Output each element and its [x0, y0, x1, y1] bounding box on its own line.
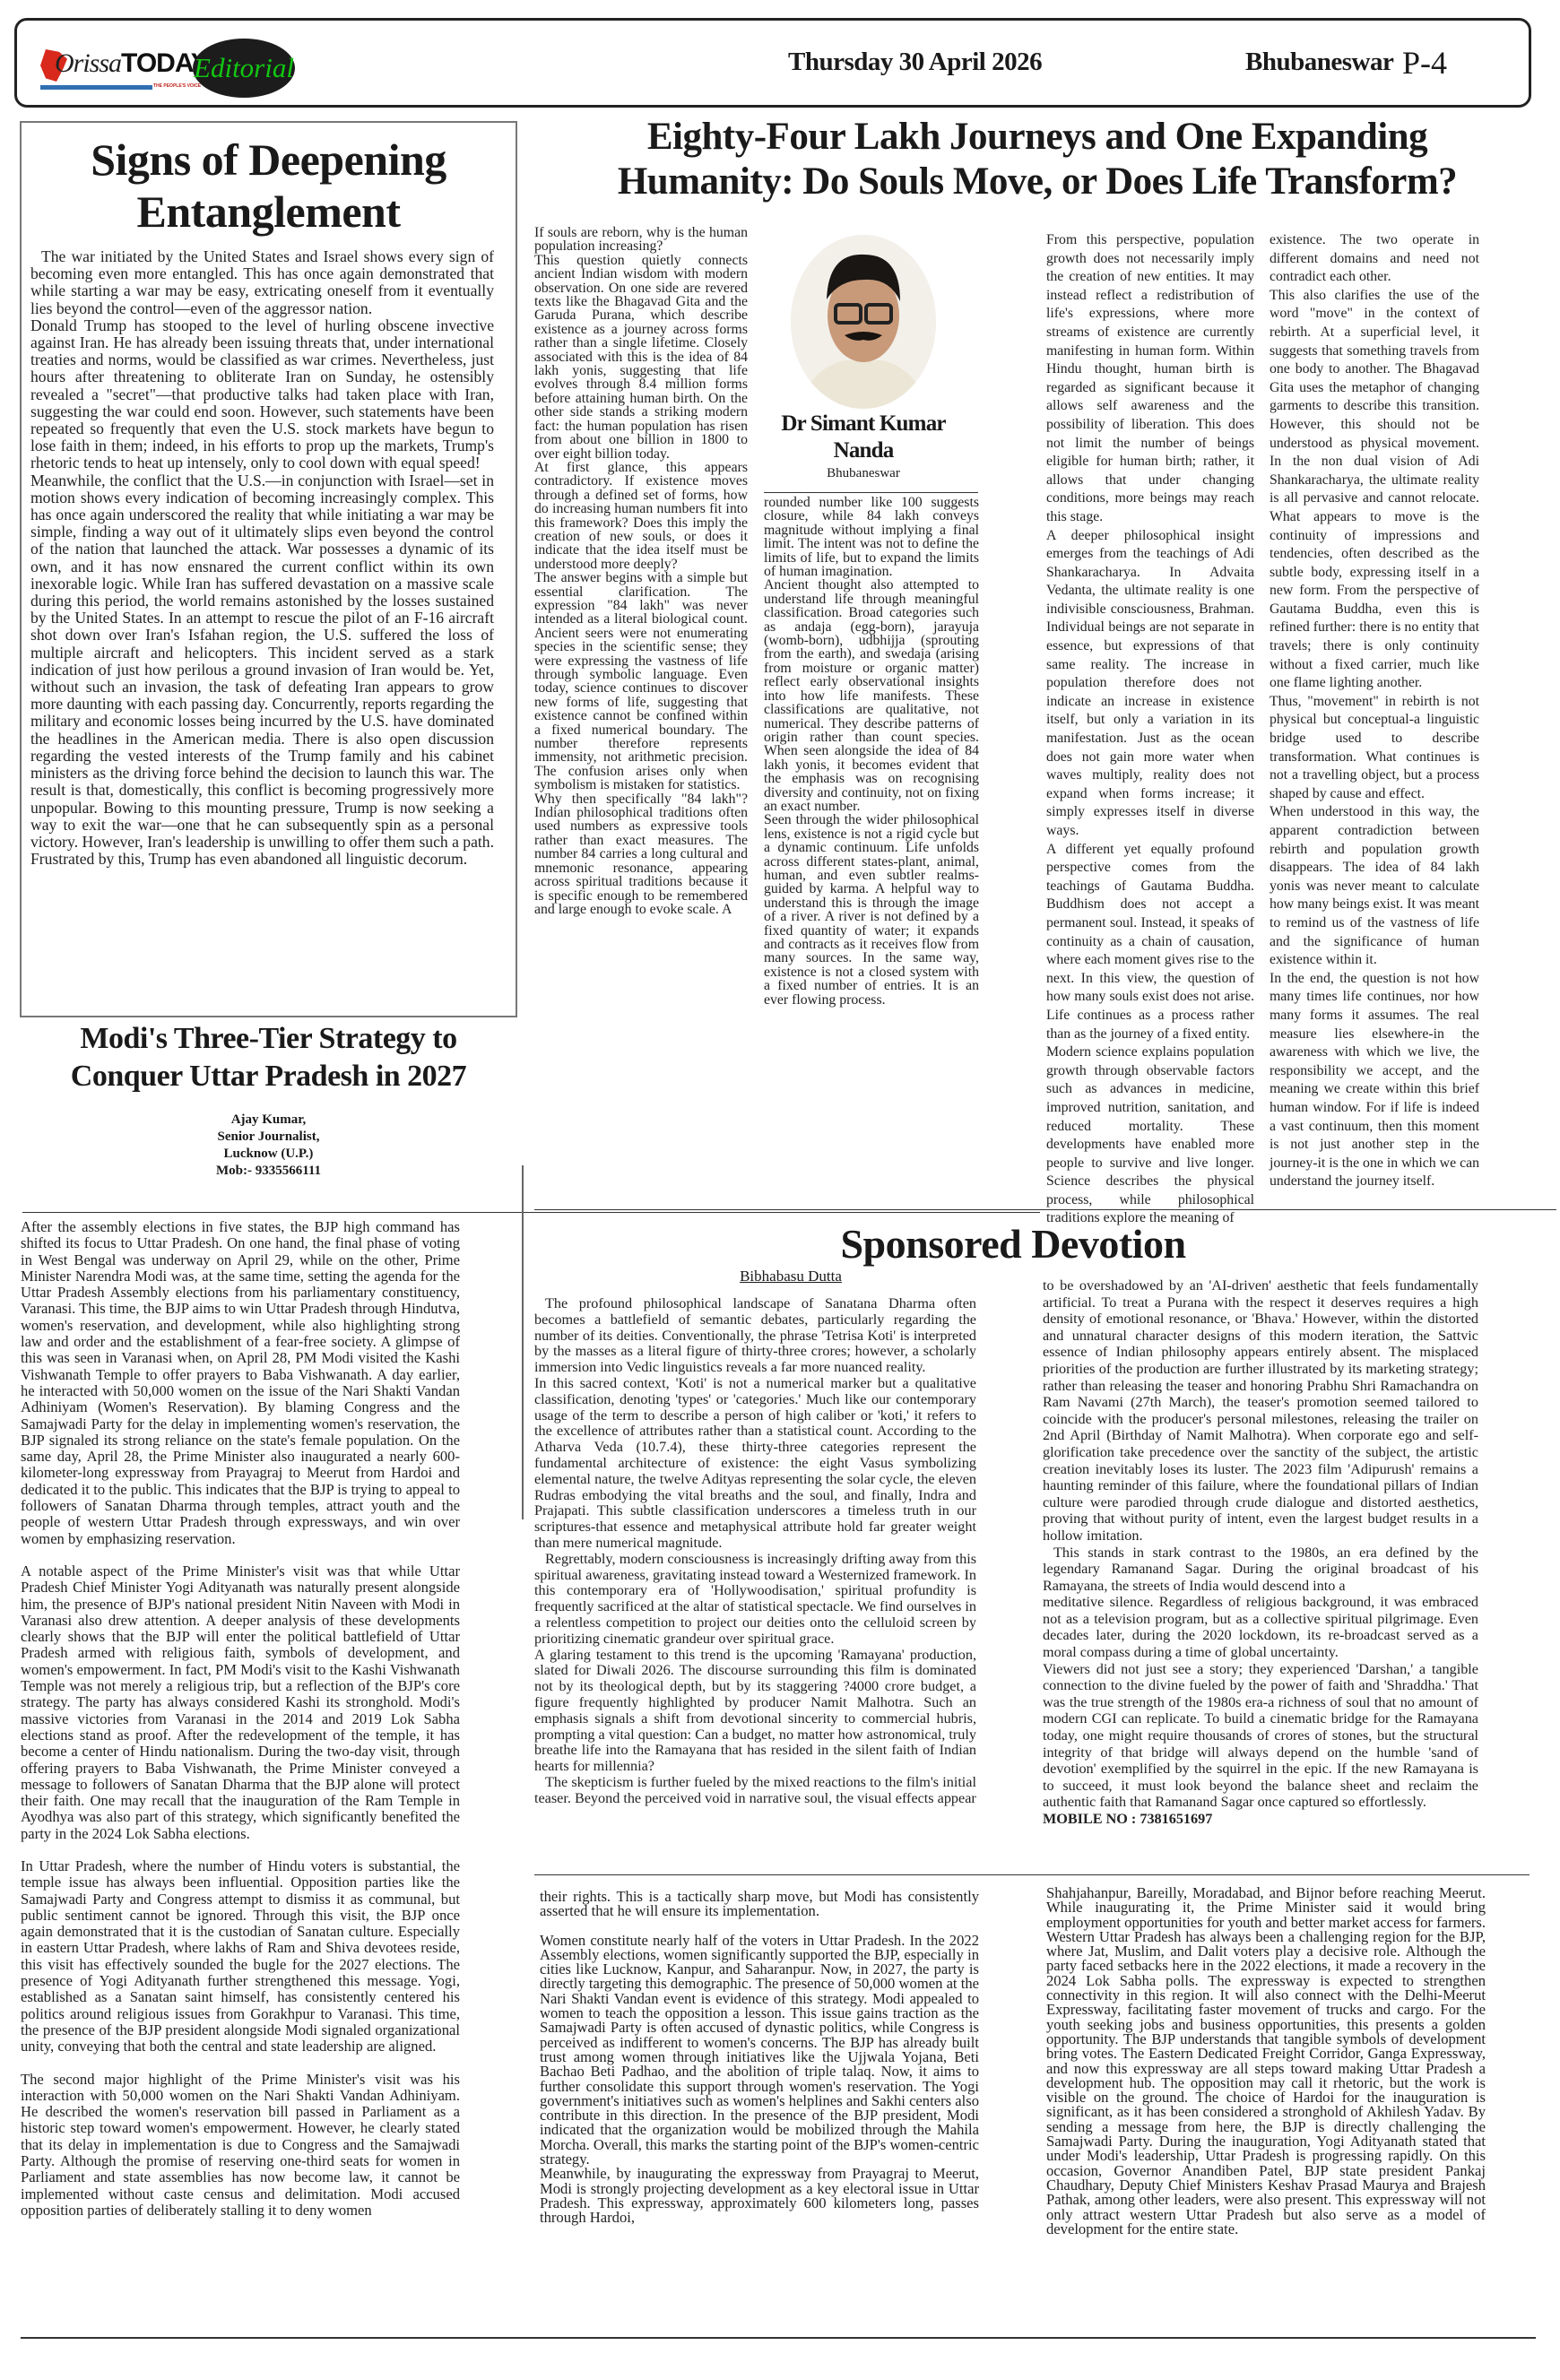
paragraph: In Uttar Pradesh, where the number of Hi… [21, 1858, 460, 2055]
divider [534, 1209, 1556, 1210]
paragraph: to be overshadowed by an 'AI-driven' aes… [1043, 1277, 1478, 1545]
article-body-col1: The profound philosophical landscape of … [534, 1296, 976, 1807]
paragraph: Modern science explains population growt… [1046, 1043, 1254, 1228]
paragraph: At first glance, this appears contradict… [534, 461, 748, 571]
paragraph: In the end, the question is not how many… [1270, 970, 1479, 1191]
paragraph: A deeper philosophical insight emerges f… [1046, 527, 1254, 841]
logo-wordmark: OrissaTODAY [55, 48, 208, 80]
author-role: Senior Journalist, [20, 1129, 517, 1146]
title-line-2: Conquer Uttar Pradesh in 2027 [20, 1058, 517, 1095]
edition-city: Bhubaneswar [1245, 48, 1393, 77]
article-title: Sponsored Devotion [798, 1219, 1228, 1269]
article-body-col2: to be overshadowed by an 'AI-driven' aes… [1043, 1277, 1478, 1828]
paragraph: The answer begins with a simple but esse… [534, 571, 748, 792]
section-badge: Editorial [193, 39, 295, 98]
byline: Ajay Kumar, Senior Journalist, Lucknow (… [20, 1112, 517, 1180]
paragraph: A notable aspect of the Prime Minister's… [21, 1563, 460, 1842]
divider [764, 492, 978, 493]
orissa-today-logo[interactable]: OrissaTODAY THE PEOPLE'S VOICE [40, 46, 175, 91]
section-badge-label: Editorial [194, 52, 294, 84]
article-signs-of-deepening-entanglement: Signs of Deepening Entanglement The war … [20, 121, 517, 1017]
article-body-col3: From this perspective, population growth… [1046, 231, 1254, 1228]
page-number: P-4 [1402, 44, 1447, 82]
paragraph: meditative silence. Regardless of religi… [1043, 1594, 1478, 1660]
paragraph: The profound philosophical landscape of … [534, 1296, 976, 1376]
paragraph: Viewers did not just see a story; they e… [1043, 1661, 1478, 1811]
divider [534, 1874, 1530, 1875]
divider [22, 1212, 1040, 1213]
bottom-rule [21, 2337, 1536, 2339]
logo-word-orissa: Orissa [55, 48, 121, 78]
paragraph: Ancient thought also attempted to unders… [764, 578, 979, 813]
paragraph: Donald Trump has stooped to the level of… [30, 317, 494, 472]
paragraph: Shahjahanpur, Bareilly, Moradabad, and B… [1046, 1886, 1486, 2237]
paragraph: Women constitute nearly half of the vote… [540, 1934, 979, 2168]
masthead: OrissaTODAY THE PEOPLE'S VOICE Editorial… [14, 18, 1531, 108]
paragraph: The war initiated by the United States a… [30, 248, 494, 317]
author-name: Ajay Kumar, [20, 1112, 517, 1129]
article-body-col4: existence. The two operate in different … [1270, 231, 1479, 1191]
paragraph: Meanwhile, the conflict that the U.S.—in… [30, 472, 494, 869]
paragraph: From this perspective, population growth… [1046, 231, 1254, 527]
author-mobile: Mob:- 9335566111 [20, 1163, 517, 1180]
paragraph: rounded number like 100 suggests closure… [764, 496, 979, 578]
article-title: Signs of Deepening Entanglement [22, 134, 516, 238]
author-byline[interactable]: Bibhabasu Dutta [701, 1268, 880, 1285]
article-body-col1: If souls are reborn, why is the human po… [534, 226, 748, 916]
paragraph: In this sacred context, 'Koti' is not a … [534, 1376, 976, 1552]
paragraph: Seen through the wider philosophical len… [764, 813, 979, 1007]
author-portrait-icon [791, 235, 936, 409]
paragraph: This question quietly connects ancient I… [534, 254, 748, 461]
author-block: Dr Simant Kumar Nanda Bhubaneswar [778, 411, 949, 482]
paragraph: The skepticism is further fueled by the … [534, 1775, 976, 1807]
paragraph: The second major highlight of the Prime … [21, 2072, 460, 2220]
paragraph: This stands in stark contrast to the 198… [1043, 1545, 1478, 1595]
author-name: Dr Simant Kumar [778, 411, 949, 437]
paragraph: Meanwhile, by inaugurating the expresswa… [540, 2167, 979, 2225]
paragraph: existence. The two operate in different … [1270, 231, 1479, 287]
title-line-1: Eighty-Four Lakh Journeys and One Expand… [531, 115, 1544, 160]
paragraph: Regrettably, modern consciousness is inc… [534, 1552, 976, 1648]
article-body: The war initiated by the United States a… [22, 238, 516, 868]
paragraph: If souls are reborn, why is the human po… [534, 226, 748, 254]
logo-underline [40, 85, 152, 90]
issue-date: Thursday 30 April 2026 [788, 48, 1042, 77]
paragraph: their rights. This is a tactically sharp… [540, 1890, 979, 1919]
author-location: Lucknow (U.P.) [20, 1146, 517, 1163]
article-body-col3: Shahjahanpur, Bareilly, Moradabad, and B… [1046, 1886, 1486, 2237]
paragraph: When understood in this way, the apparen… [1270, 803, 1479, 969]
author-photo [791, 235, 936, 409]
paragraph: Thus, "movement" in rebirth is not physi… [1270, 693, 1479, 804]
article-body-col2: rounded number like 100 suggests closure… [764, 496, 979, 1007]
title-line-2: Entanglement [22, 186, 516, 238]
author-mobile: MOBILE NO : 7381651697 [1043, 1811, 1478, 1828]
author-city: Bhubaneswar [778, 464, 949, 482]
article-body-col1: After the assembly elections in five sta… [21, 1219, 460, 2219]
author-name-cont: Nanda [778, 437, 949, 464]
title-line-2: Humanity: Do Souls Move, or Does Life Tr… [531, 160, 1544, 204]
paragraph: A glaring testament to this trend is the… [534, 1648, 976, 1775]
title-line-1: Signs of Deepening [22, 134, 516, 186]
paragraph: This also clarifies the use of the word … [1270, 287, 1479, 693]
paragraph: After the assembly elections in five sta… [21, 1219, 460, 1547]
article-title: Modi's Three-Tier Strategy to Conquer Ut… [20, 1020, 517, 1095]
paragraph: A different yet equally profound perspec… [1046, 841, 1254, 1044]
title-line-1: Modi's Three-Tier Strategy to [20, 1020, 517, 1058]
column-rule [522, 1165, 524, 1519]
paragraph: Why then specifically "84 lakh"? Indian … [534, 792, 748, 917]
article-title: Eighty-Four Lakh Journeys and One Expand… [531, 115, 1544, 204]
article-body-col2: their rights. This is a tactically sharp… [540, 1890, 979, 2226]
